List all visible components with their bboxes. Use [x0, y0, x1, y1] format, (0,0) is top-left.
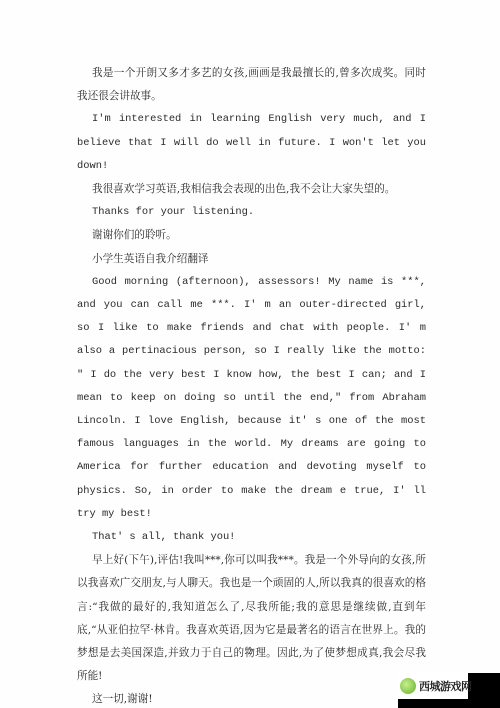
document-page: 我是一个开朗又多才多艺的女孩,画画是我最擅长的,曾多次成奖。同时我还很会讲故事。…: [77, 62, 426, 708]
paragraph-thanks-en: Thanks for your listening.: [77, 201, 426, 224]
paragraph-thanks-cn: 谢谢你们的聆听。: [77, 224, 426, 247]
paragraph-self-intro-en: Good morning (afternoon), assessors! My …: [77, 271, 426, 526]
paragraph-closing-cn: 这一切,谢谢!: [77, 688, 426, 708]
section-heading: 小学生英语自我介绍翻译: [77, 248, 426, 271]
paragraph-self-intro-cn: 早上好(下午),评估!我叫***,你可以叫我***。我是一个外导向的女孩,所以我…: [77, 549, 426, 688]
page-number: 2: [0, 646, 500, 656]
leaf-logo-icon: [400, 678, 416, 694]
paragraph-intro-cn: 我是一个开朗又多才多艺的女孩,画画是我最擅长的,曾多次成奖。同时我还很会讲故事。: [77, 62, 426, 108]
paragraph-closing-en: That' s all, thank you!: [77, 526, 426, 549]
watermark: 西城游戏网: [398, 673, 500, 708]
watermark-badge: 西城游戏网: [398, 673, 468, 699]
watermark-text: 西城游戏网: [419, 678, 472, 694]
paragraph-interest-cn: 我很喜欢学习英语,我相信我会表现的出色,我不会让大家失望的。: [77, 178, 426, 201]
paragraph-interest-en: I'm interested in learning English very …: [77, 108, 426, 178]
